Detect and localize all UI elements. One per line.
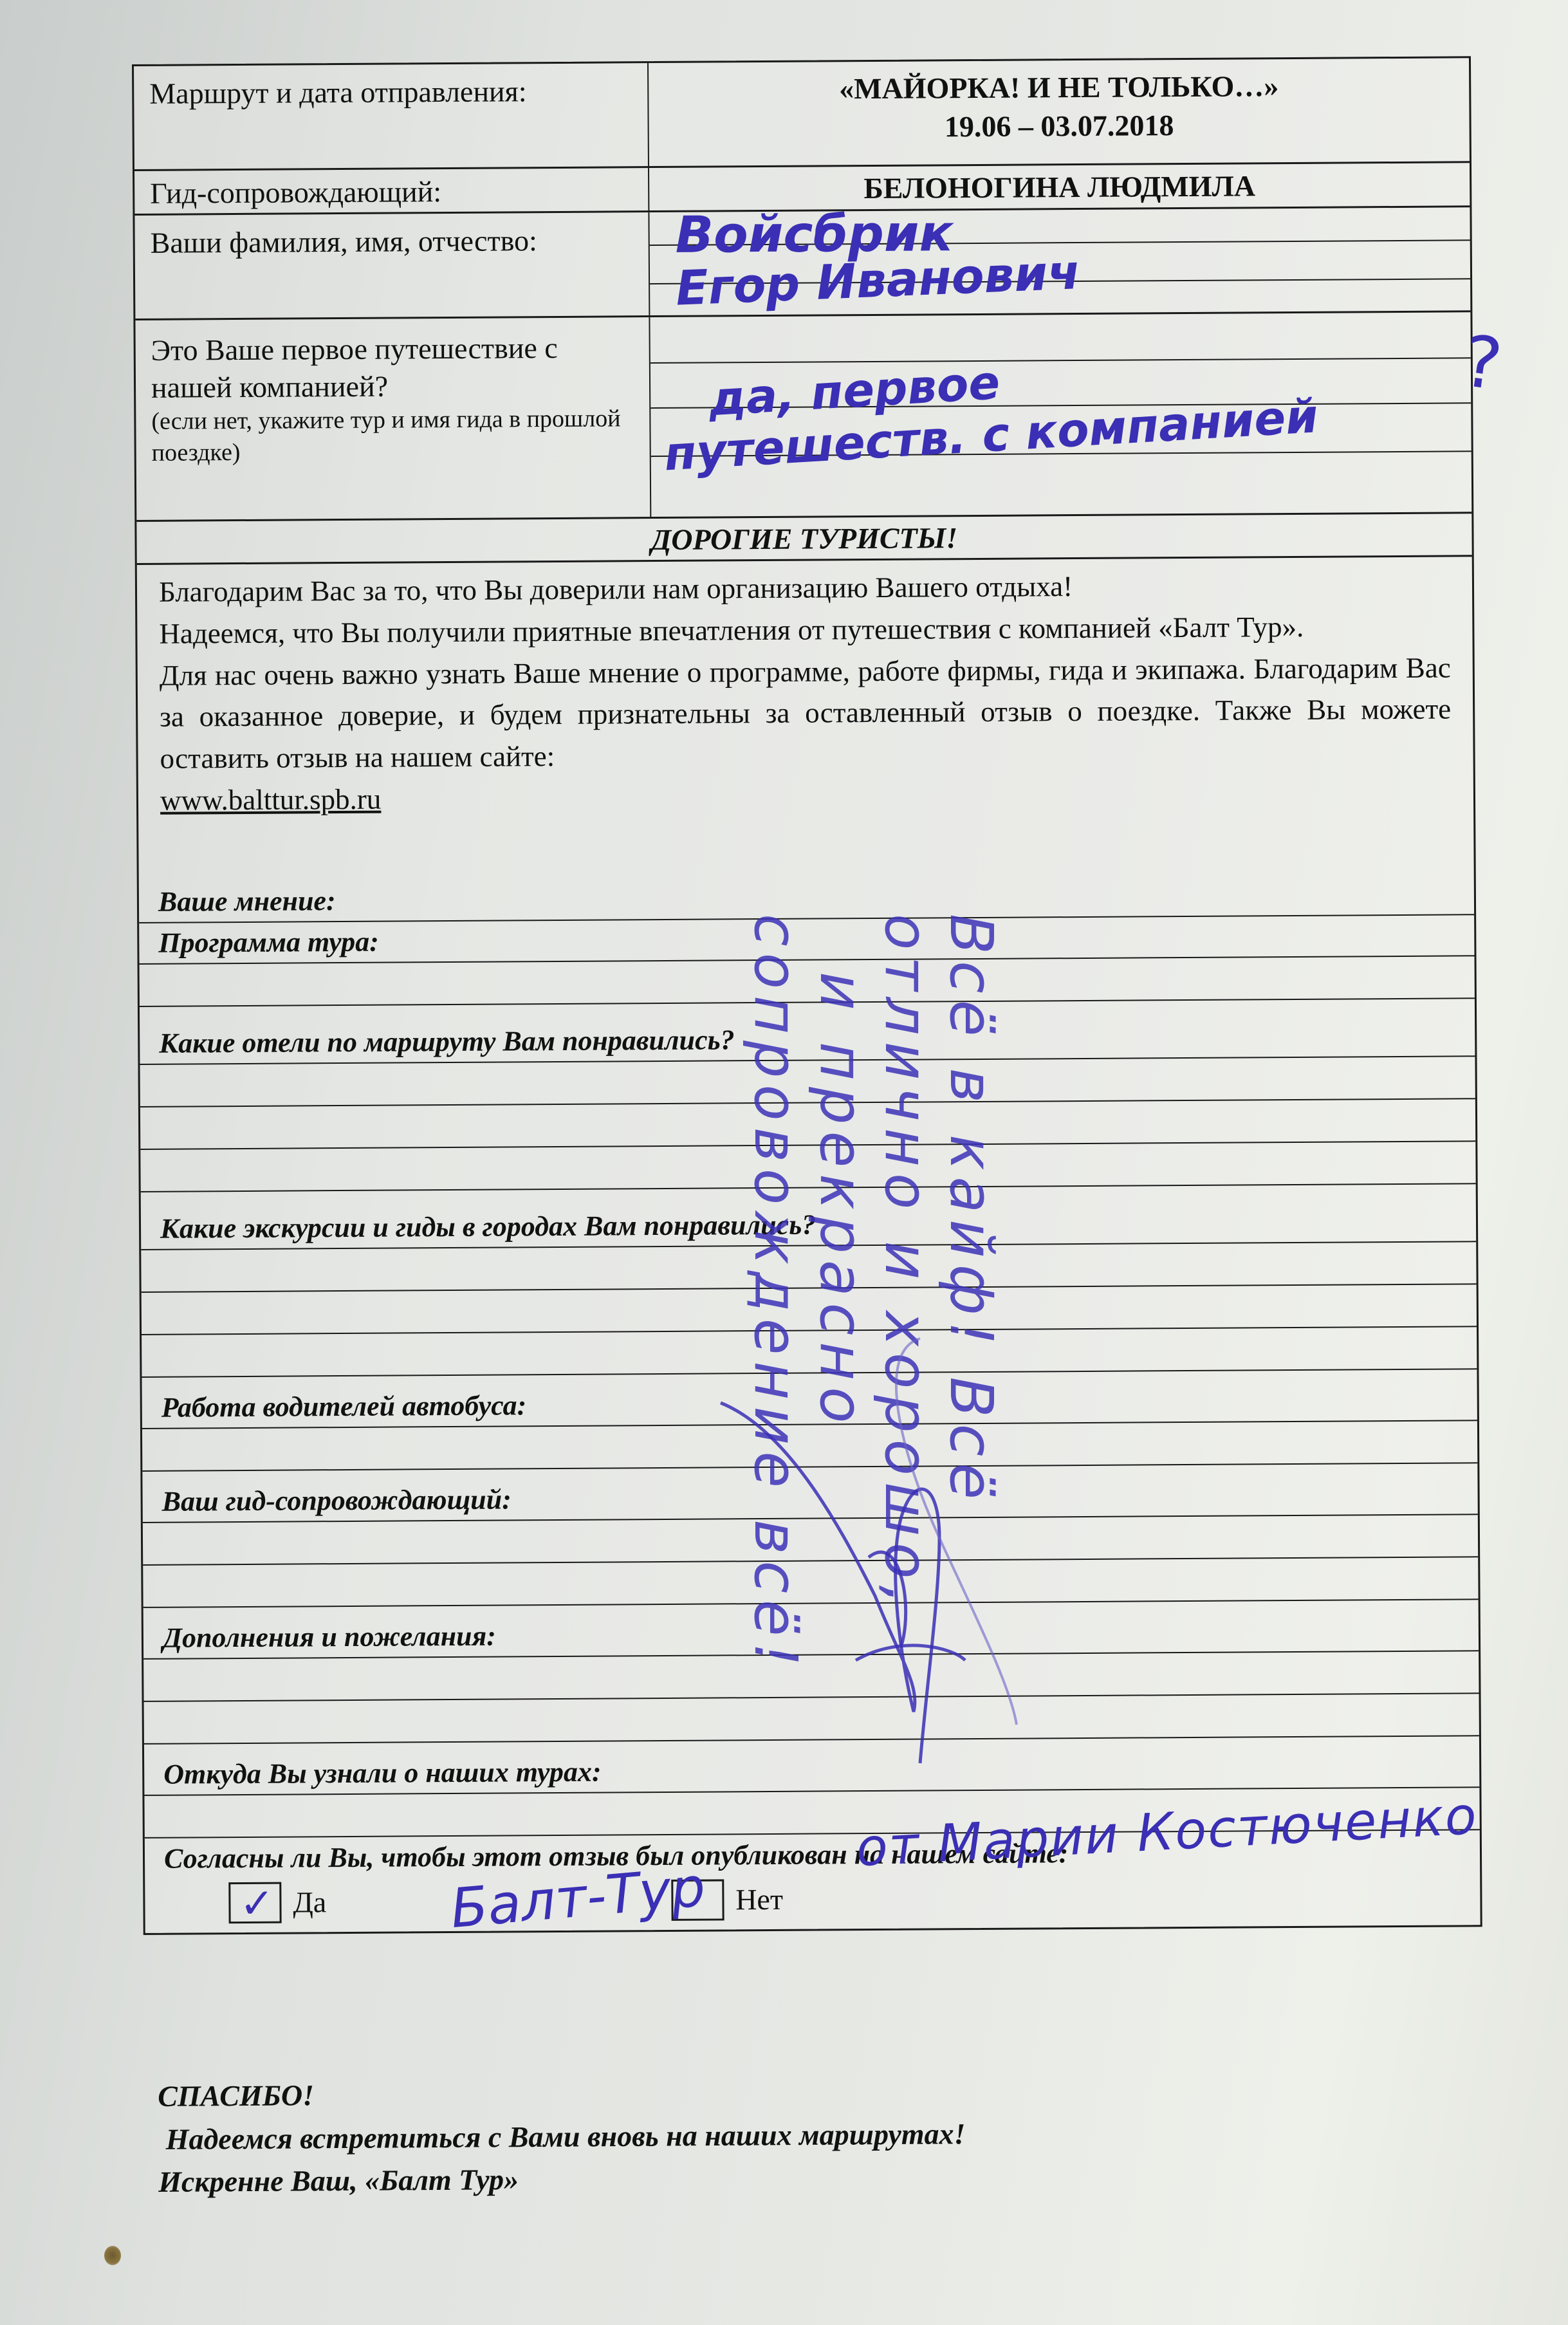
name-input-area[interactable]: Войсбрик Егор Иванович <box>649 207 1470 315</box>
first-trip-question: Это Ваше первое путешествие с нашей комп… <box>151 329 634 406</box>
intro-paragraph-1: Благодарим Вас за то, что Вы доверили на… <box>159 563 1450 613</box>
name-label: Ваши фамилия, имя, отчество: <box>134 212 650 319</box>
opinion-label: Ваше мнение: <box>139 884 355 920</box>
route-row: Маршрут и дата отправления: «МАЙОРКА! И … <box>134 58 1470 171</box>
program-label: Программа тура: <box>139 925 398 960</box>
hotels-label: Какие отели по маршруту Вам понравились? <box>140 1023 754 1061</box>
route-value-cell: «МАЙОРКА! И НЕ ТОЛЬКО…» 19.06 – 03.07.20… <box>649 58 1470 166</box>
signoff-text: Искренне Ваш, «Балт Тур» <box>158 2156 966 2204</box>
first-trip-input-area[interactable]: да, первое путешеств. с компанией <box>650 312 1471 517</box>
drivers-label: Работа водителей автобуса: <box>142 1389 546 1425</box>
hope-text: Надеемся встретиться с Вами вновь на наш… <box>158 2113 965 2161</box>
website-link[interactable]: www.balttur.spb.ru <box>160 783 382 817</box>
signature-scribble <box>708 1326 1094 1776</box>
route-title: «МАЙОРКА! И НЕ ТОЛЬКО…» <box>655 66 1462 109</box>
first-trip-label-cell: Это Ваше первое путешествие с нашей комп… <box>135 317 651 520</box>
guide-label: Гид-сопровождающий: <box>134 168 649 214</box>
feedback-sheet: Маршрут и дата отправления: «МАЙОРКА! И … <box>0 0 1568 2325</box>
consent-options: ✓ Да Нет <box>164 1875 1461 1923</box>
intro-paragraph-3: Для нас очень важно узнать Ваше мнение о… <box>160 647 1452 780</box>
route-label: Маршрут и дата отправления: <box>134 63 649 169</box>
first-trip-hint: (если нет, укажите тур и имя гида в прош… <box>151 403 634 469</box>
excursions-label: Какие экскурсии и гиды в городах Вам пон… <box>141 1208 835 1246</box>
name-row: Ваши фамилия, имя, отчество: Войсбрик Ег… <box>134 207 1470 320</box>
first-trip-rule <box>650 357 1471 364</box>
intro-text: Благодарим Вас за то, что Вы доверили на… <box>137 557 1474 837</box>
heading-row: ДОРОГИЕ ТУРИСТЫ! <box>136 514 1471 565</box>
footer-message: СПАСИБО! Надеемся встретиться с Вами вно… <box>158 2070 966 2204</box>
paper-stain <box>104 2246 121 2265</box>
consent-yes-label: Да <box>293 1885 326 1919</box>
thanks-text: СПАСИБО! <box>158 2070 965 2118</box>
route-dates: 19.06 – 03.07.2018 <box>655 104 1462 147</box>
guide-opinion-label: Ваш гид-сопровождающий: <box>142 1483 530 1519</box>
consent-yes-checkbox[interactable]: ✓ <box>228 1882 281 1923</box>
first-trip-row: Это Ваше первое путешествие с нашей комп… <box>135 312 1471 522</box>
source-label: Откуда Вы узнали о наших турах: <box>144 1755 621 1792</box>
consent-no-label: Нет <box>735 1882 783 1916</box>
checkmark-icon: ✓ <box>239 1880 274 1927</box>
wishes-label: Дополнения и пожелания: <box>143 1619 515 1655</box>
intro-paragraph-2: Надеемся, что Вы получили приятные впеча… <box>159 605 1450 654</box>
dear-tourists-heading: ДОРОГИЕ ТУРИСТЫ! <box>136 514 1471 563</box>
